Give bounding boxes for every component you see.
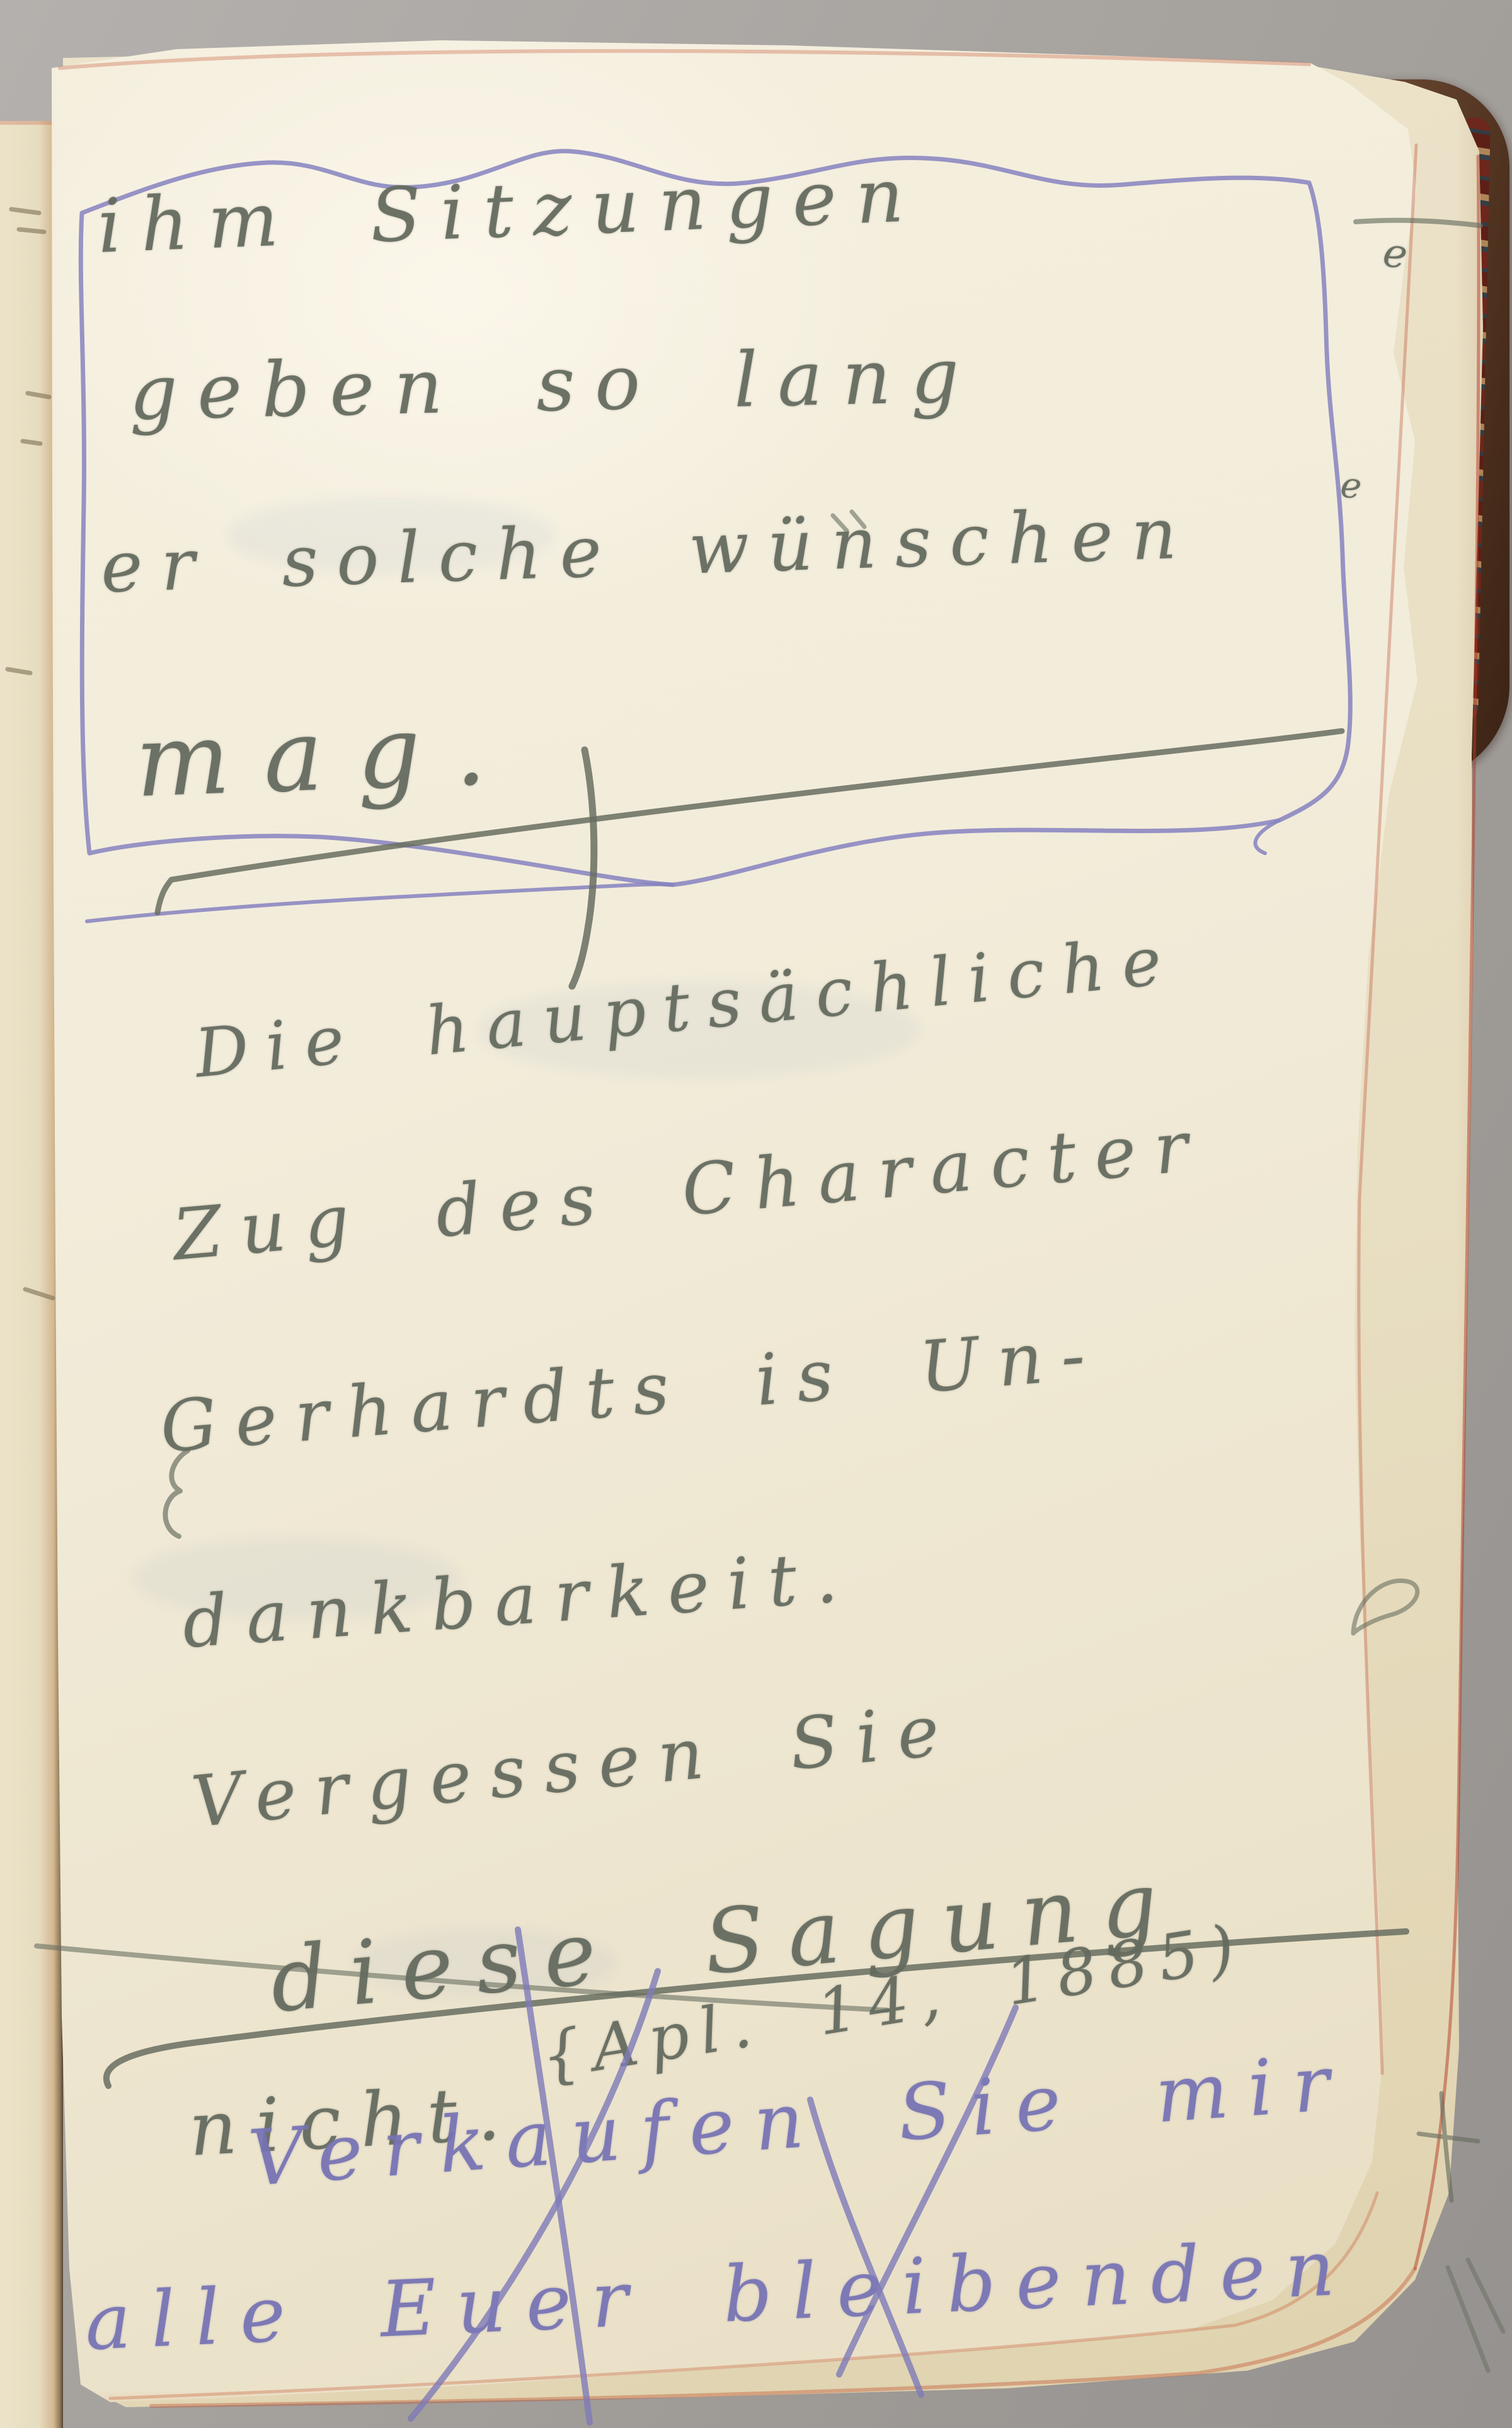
crossout-x-strokes [411,1930,1016,2422]
crossout-overlay [0,0,1512,2428]
photo-background: { "colors": { "background_gray": "#a8a4a… [0,0,1512,2428]
